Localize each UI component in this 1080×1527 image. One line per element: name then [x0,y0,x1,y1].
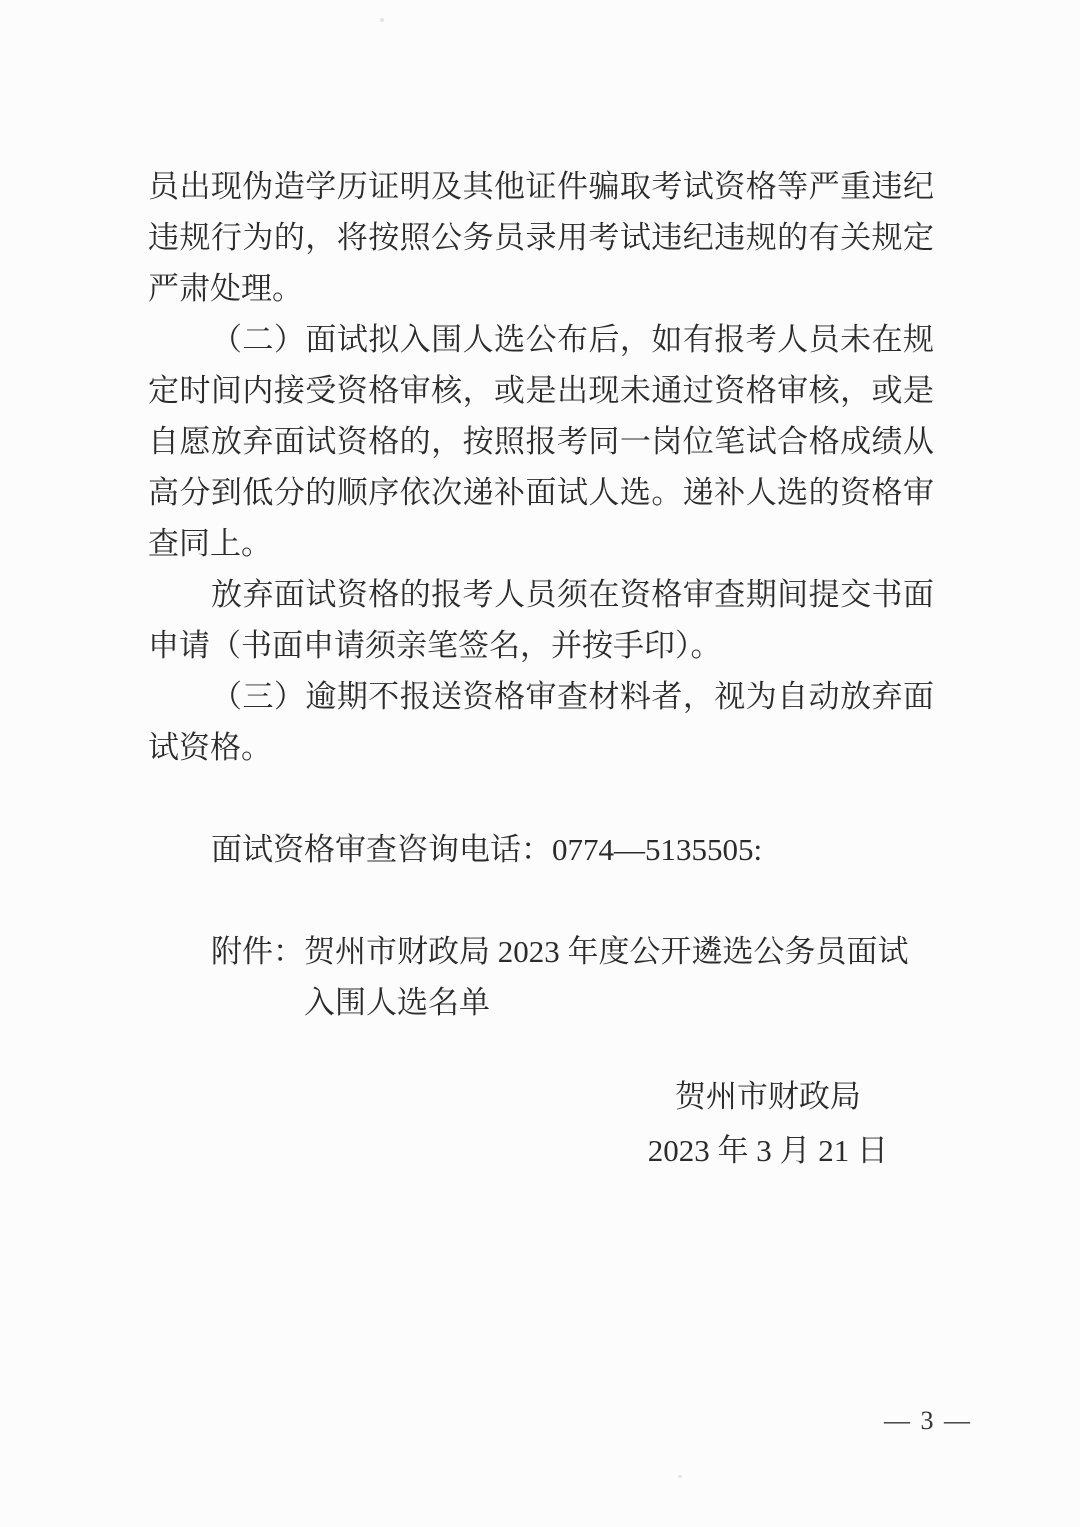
signature-date: 2023 年 3 月 21 日 [648,1124,888,1178]
paragraph-item-2: （二）面试拟入围人选公布后，如有报考人员未在规定时间内接受资格审核，或是出现未通… [148,314,934,569]
signature-block: 贺州市财政局 2023 年 3 月 21 日 [148,1070,934,1178]
paragraph-continuation: 员出现伪造学历证明及其他证件骗取考试资格等严重违纪违规行为的，将按照公务员录用考… [148,161,934,314]
attachment-section: 附件： 贺州市财政局 2023 年度公开遴选公务员面试 入围人选名单 [148,926,934,1028]
paragraph-item-3: （三）逾期不报送资格审查材料者，视为自动放弃面试资格。 [148,671,934,773]
attachment-title-line1: 贺州市财政局 2023 年度公开遴选公务员面试 [304,926,909,977]
document-body: 员出现伪造学历证明及其他证件骗取考试资格等严重违纪违规行为的，将按照公务员录用考… [148,161,934,1178]
attachment-title: 贺州市财政局 2023 年度公开遴选公务员面试 入围人选名单 [304,926,909,1028]
paragraph-waiver-application: 放弃面试资格的报考人员须在资格审查期间提交书面申请（书面申请须亲笔签名，并按手印… [148,569,934,671]
scan-speck [678,1475,682,1478]
signature-inner: 贺州市财政局 2023 年 3 月 21 日 [648,1070,888,1178]
signature-organization: 贺州市财政局 [648,1070,888,1124]
attachment-title-line2: 入围人选名单 [304,977,909,1028]
attachment-label: 附件： [211,926,304,1028]
contact-phone-line: 面试资格审查咨询电话：0774—5135505: [148,824,934,875]
scan-speck [380,18,384,22]
page-number: — 3 — [884,1406,972,1436]
document-page: 员出现伪造学历证明及其他证件骗取考试资格等严重违纪违规行为的，将按照公务员录用考… [0,0,1080,1527]
